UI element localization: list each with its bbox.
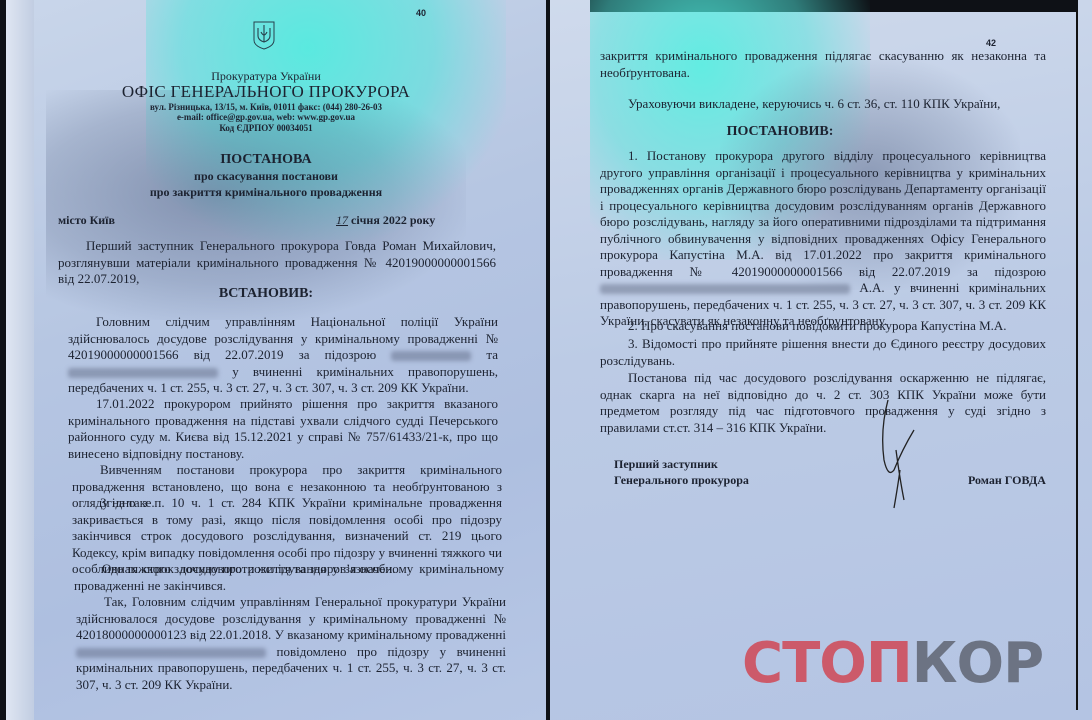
- logo-part-stop: СТОП: [742, 631, 912, 696]
- section-heading-established: ВСТАНОВИВ:: [66, 286, 466, 303]
- document-city: місто Київ: [58, 212, 115, 229]
- document-page-left: 40 Прокуратура України ОФІС ГЕНЕРАЛЬНОГО…: [6, 0, 546, 720]
- paragraph-6: Так, Головним слідчим управлінням Генера…: [76, 594, 506, 693]
- date-month-year: січня 2022 року: [351, 213, 435, 227]
- trident-coat-of-arms-icon: [252, 20, 276, 50]
- page-number: 42: [986, 38, 996, 48]
- resolution-item-2: 2. Про скасування постанови повідомити п…: [600, 318, 1046, 335]
- page-fold-edge: [6, 0, 34, 720]
- paragraph-continued: закриття кримінального провадження підля…: [600, 48, 1046, 81]
- page-border: [1076, 10, 1078, 710]
- section-heading-resolved: ПОСТАНОВИВ:: [630, 124, 930, 141]
- document-subtitle-2: про закриття кримінального провадження: [66, 184, 466, 201]
- page-number: 40: [416, 8, 426, 18]
- resolution-item-3: 3. Відомості про прийняте рішення внести…: [600, 336, 1046, 369]
- paragraph-1: Головним слідчим управлінням Національно…: [68, 314, 498, 397]
- handwritten-signature-icon: [870, 400, 930, 510]
- document-date: 17 січня 2022 року: [336, 212, 435, 229]
- stopkor-watermark-logo: СТОПКОР: [742, 636, 1043, 692]
- paragraph-grounds: Ураховуючи викладене, керуючись ч. 6 ст.…: [628, 96, 1058, 113]
- appeal-paragraph: Постанова під час досудового розслідуван…: [600, 370, 1046, 436]
- date-day: 17: [336, 213, 348, 227]
- resolution-item-1: 1. Постанову прокурора другого відділу п…: [600, 148, 1046, 330]
- org-edrpou: Код ЄДРПОУ 00034051: [66, 123, 466, 134]
- org-name: ОФІС ГЕНЕРАЛЬНОГО ПРОКУРОРА: [66, 84, 466, 101]
- redacted-names: [600, 284, 850, 294]
- document-page-right: 42 закриття кримінального провадження пі…: [550, 0, 1092, 720]
- signatory-title-2: Генерального прокурора: [614, 472, 749, 489]
- paragraph-2: 17.01.2022 прокурором прийнято рішення п…: [68, 396, 498, 462]
- redacted-name: [68, 368, 218, 378]
- redacted-names: [76, 648, 266, 658]
- document-subtitle-1: про скасування постанови: [66, 168, 466, 185]
- background-edge: [590, 0, 1078, 12]
- org-contacts: e-mail: office@gp.gov.ua, web: www.gp.go…: [66, 112, 466, 123]
- redacted-name: [391, 351, 471, 361]
- signatory-title-1: Перший заступник: [614, 456, 718, 473]
- document-title: ПОСТАНОВА: [66, 152, 466, 169]
- intro-paragraph: Перший заступник Генерального прокурора …: [58, 238, 496, 288]
- logo-part-kor: КОР: [912, 631, 1043, 696]
- paragraph-5: Однак строк досудового розслідування у з…: [74, 561, 504, 594]
- signatory-name: Роман ГОВДА: [968, 472, 1046, 489]
